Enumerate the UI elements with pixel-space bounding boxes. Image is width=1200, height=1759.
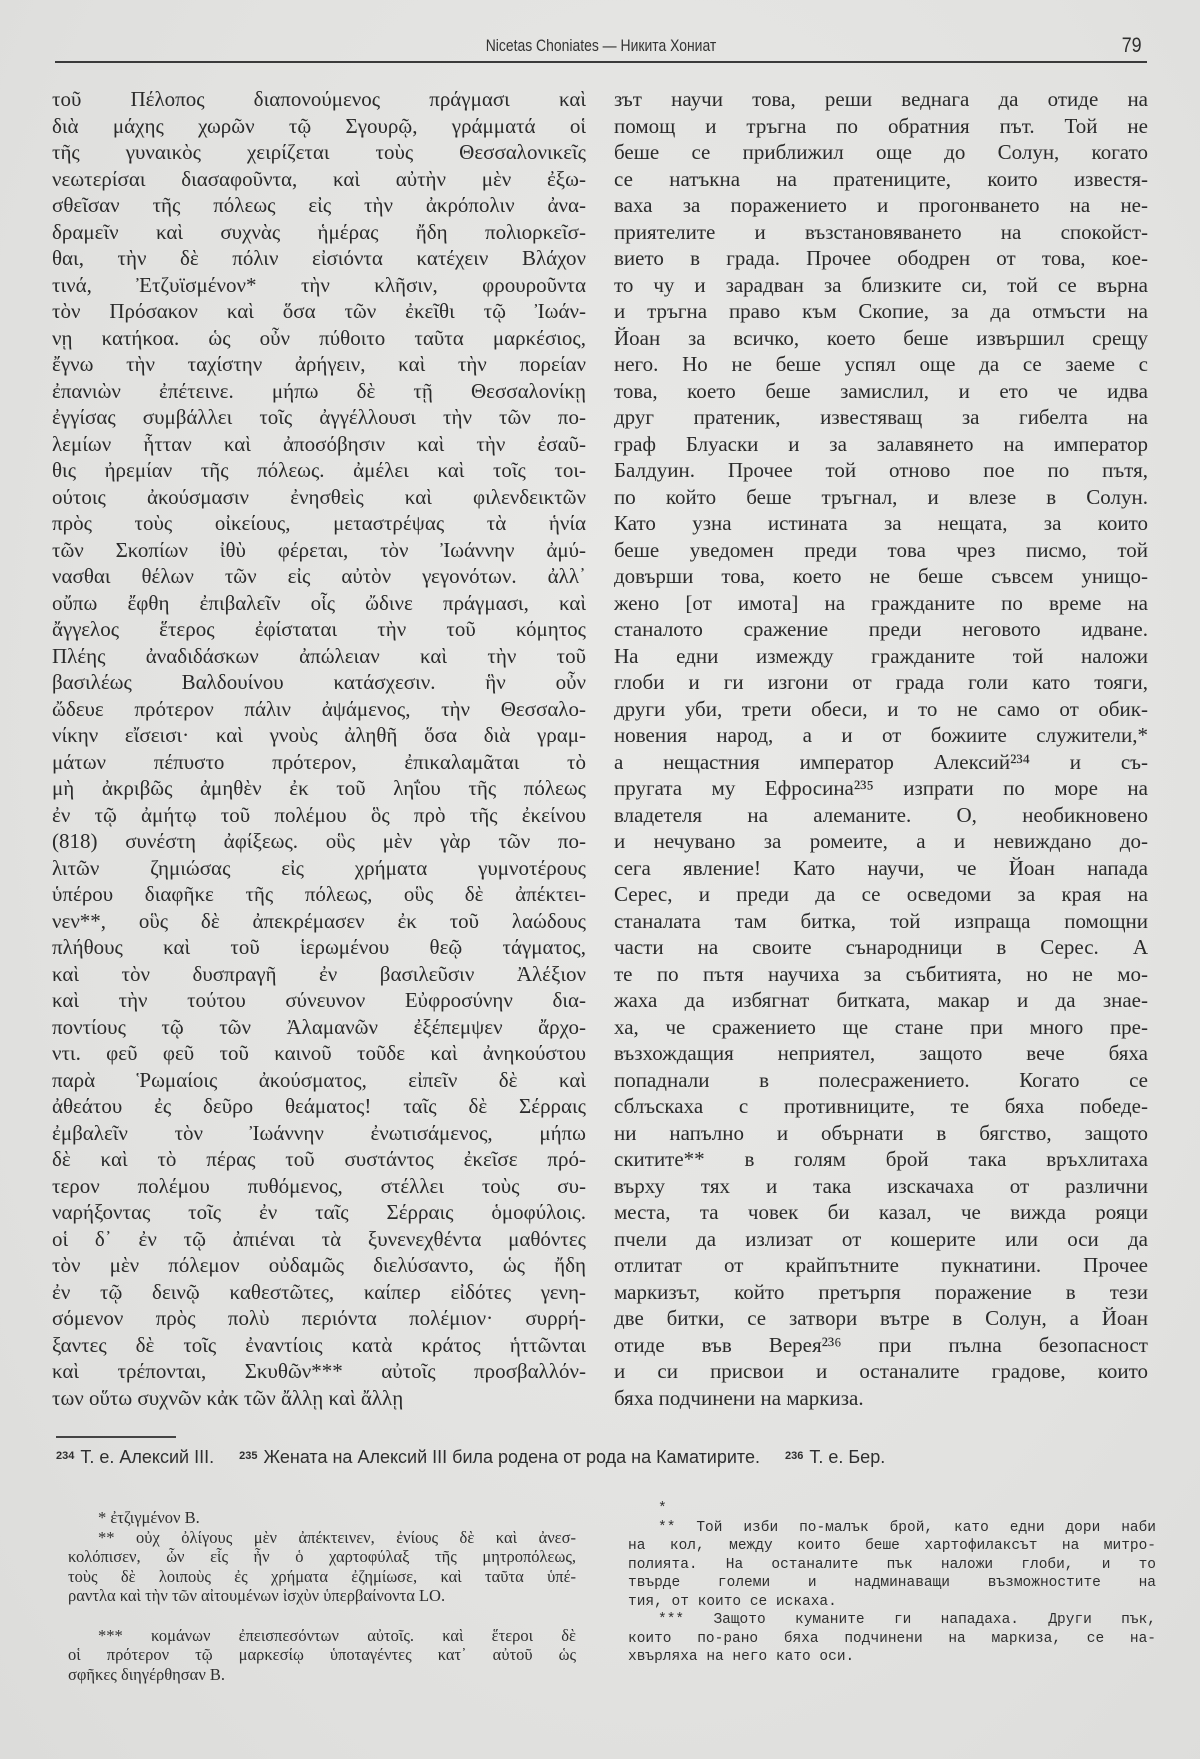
text-line: διὰ μάχης χωρῶν τῷ Σγουρῷ, γράμματά οἱ <box>52 113 586 140</box>
text-line: λεμίων ἧτταν καὶ ἀποσόβησιν καὶ τὴν ἐσαῦ… <box>52 431 586 458</box>
footnote-234: 234Т. е. Алексий III. <box>56 1447 214 1467</box>
footnote-rule <box>56 1436 176 1438</box>
header-rule <box>55 61 1147 63</box>
text-line: скитите** в голям брой така връхлитаха <box>614 1146 1148 1173</box>
text-line: станалата там битка, той изпраща помощни <box>614 908 1148 935</box>
text-line: ἄγγελος ἕτερος ἐφίσταται τὴν τοῦ κόμητος <box>52 616 586 643</box>
text-line: помощ и тръгна по обратния път. Той не <box>614 113 1148 140</box>
text-line: се натъкна на пратениците, които известя… <box>614 166 1148 193</box>
footnote-235: 235Жената на Алексий III била родена от … <box>239 1447 760 1467</box>
text-line: ούτοις ἀκούσμασιν ἐνησθεὶς καὶ φιλενδεικ… <box>52 484 586 511</box>
text-line: τὸν Πρόσακον καὶ ὅσα τῶν ἐκεῖθι τῷ Ἰωάν- <box>52 298 586 325</box>
text-line: σόμενον πρὸς πολὺ περιόντα πολέμιον· συρ… <box>52 1305 586 1332</box>
text-line: νεωτερίσαι διασαφοῦντα, καὶ αὐτὴν μὲν ἐξ… <box>52 166 586 193</box>
text-line: върху тях и така изскачаха от различни <box>614 1173 1148 1200</box>
text-line: ** Той изби по-малък брой, като едни дор… <box>628 1519 1156 1538</box>
text-line: λιτῶν ζημιώσας εἰς χρήματα γυμνοτέρους <box>52 855 586 882</box>
text-line: него. Но не беше успял още да се заеме с <box>614 351 1148 378</box>
text-line: по който беше тръгнал, и влезе в Солун. <box>614 484 1148 511</box>
text-line: възхождащия неприятел, защото вече бяха <box>614 1040 1148 1067</box>
text-line: глоби и ги изгони от града голи като тоя… <box>614 669 1148 696</box>
text-line: Πλέης ἀναδιδάσκων ἀπώλειαν καὶ τὴν τοῦ <box>52 643 586 670</box>
text-line: Серес, и преди да се осведоми за края на <box>614 881 1148 908</box>
text-line: части на своите сънародници в Серес. А <box>614 934 1148 961</box>
text-line: οὔπω ἔφθη ἐπιβαλεῖν οἷς ὤδινε πράγμασι, … <box>52 590 586 617</box>
text-line: τοῦ Πέλοπος διαπονούμενος πράγμασι καὶ <box>52 86 586 113</box>
text-line: сблъскаха с противниците, те бяха победе… <box>614 1093 1148 1120</box>
text-line: τοὺς δὲ λοιποὺς ἐς χρήματα ἐζημίωσε, καὶ… <box>68 1567 576 1587</box>
text-line: ** οὐχ ὀλίγους μὲν ἀπέκτεινεν, ἐνίους δὲ… <box>68 1528 576 1548</box>
text-line: ὤδευε πρότερον πάλιν ἀψάμενος, τὴν Θεσσα… <box>52 696 586 723</box>
text-line: хвърляха на него като оси. <box>628 1648 1156 1667</box>
text-line: попаднали в полесражението. Когато се <box>614 1067 1148 1094</box>
text-line: други уби, трети обеси, и то не само от … <box>614 696 1148 723</box>
text-line: καὶ τρέπονται, Σκυθῶν*** αὐτοῖς προσβαλλ… <box>52 1358 586 1385</box>
text-line: пругата му Ефросина²³⁵ изпрати по море н… <box>614 775 1148 802</box>
text-line: δὲ καὶ τὸ πέρας τοῦ συστάντος ἐκεῖσε πρό… <box>52 1146 586 1173</box>
text-line: и нечувано за ромеите, а и невиждано до- <box>614 828 1148 855</box>
text-line: бяха подчинени на маркиза. <box>614 1385 1148 1412</box>
text-line: δραμεῖν καὶ συχνὰς ἡμέρας ἤδη πολιορκεῖσ… <box>52 219 586 246</box>
text-line: βασιλέως Βαλδουίνου κατάσχεσιν. ἣν οὖν <box>52 669 586 696</box>
text-line: тия, от които се искаха. <box>628 1593 1156 1612</box>
text-line: τινά, Ἐτζυϊσμένον* τὴν κλῆσιν, φρουροῦντ… <box>52 272 586 299</box>
text-line: и си присвои и останалите градове, които <box>614 1358 1148 1385</box>
bulgarian-footnote-3: *** Защото куманите ги нападаха. Други п… <box>628 1611 1156 1667</box>
text-line: беше се приближил още до Солун, когато <box>614 139 1148 166</box>
text-line: πλήθους καὶ τοῦ ἱερωμένου θεῷ τάγματος, <box>52 934 586 961</box>
text-line: те по пътя научиха за събитията, но не м… <box>614 961 1148 988</box>
text-line: станалото сражение преди неговото идване… <box>614 616 1148 643</box>
text-line: θις ἠρεμίαν τῆς πόλεως. ἀμέλει καὶ τοῖς … <box>52 457 586 484</box>
text-line: οἱ δ᾽ ἐν τῷ ἀπιέναι τὰ ξυνενεχθέντα μαθό… <box>52 1226 586 1253</box>
text-line: οἱ πρότερον τῷ μαρκεσίῳ ὑποταγέντες κατ᾽… <box>68 1645 576 1665</box>
text-line: *** κομάνων ἐπεισπεσόντων αὐτοῖς. καὶ ἕτ… <box>68 1626 576 1646</box>
text-line: τερον πολέμου πυθόμενος, στέλλει τοὺς συ… <box>52 1173 586 1200</box>
text-line: ἀθεάτου ἐς δεῦρο θεάματος! ταῖς δὲ Σέρρα… <box>52 1093 586 1120</box>
text-line: то чу и зарадван за близките си, той се … <box>614 272 1148 299</box>
text-line: καὶ τὸν δυσπραγῆ ἐν βασιλεῦσιν Ἀλέξιον <box>52 961 586 988</box>
footnote-236: 236Т. е. Бер. <box>785 1447 885 1467</box>
text-line: Като узна истината за нещата, за които <box>614 510 1148 537</box>
text-line: новения народ, а и от божиите служители,… <box>614 722 1148 749</box>
text-line: маркизът, който претърпя поражение в тез… <box>614 1279 1148 1306</box>
text-line: владетеля на алеманите. О, необикновено <box>614 802 1148 829</box>
running-title: Nicetas Choniates — Никита Хониат <box>153 36 1048 56</box>
text-line: ντι. φεῦ φεῦ τοῦ καινοῦ τοῦδε καὶ ἀνηκού… <box>52 1040 586 1067</box>
text-line: νεν**, οὓς δὲ ἀπεκρέμασεν ἐκ τοῦ λαώδους <box>52 908 586 935</box>
text-line: полията. На останалите пък наложи глоби,… <box>628 1556 1156 1575</box>
greek-apparatus-footnotes: * ἐτζιγμένον B. ** οὐχ ὀλίγους μὲν ἀπέκτ… <box>68 1508 576 1684</box>
text-line: отлитат от крайпътните пукнатини. Прочее <box>614 1252 1148 1279</box>
text-line: друг пратеник, известяващ за гибелта на <box>614 404 1148 431</box>
text-line: ваха за поражението и прогонването на не… <box>614 192 1148 219</box>
text-line: (818) συνέστη ἀφίξεως. οὓς μὲν γὰρ τῶν π… <box>52 828 586 855</box>
text-line: отиде във Верея²³⁶ при пълна безопасност <box>614 1332 1148 1359</box>
text-line: σθεῖσαν τῆς πόλεως εἰς τὴν ἀκρόπολιν ἀνα… <box>52 192 586 219</box>
text-line: καὶ τὴν τούτου σύνευνον Εὐφροσύνην δια- <box>52 987 586 1014</box>
text-line: ἐγγίσας συμβάλλει τοῖς ἀγγέλλουσι τὴν τῶ… <box>52 404 586 431</box>
text-line: твърде големи и надминаващи възможностит… <box>628 1574 1156 1593</box>
text-line: μάτων πέπυστο πρότερον, ἐπικαλαμᾶται τὸ <box>52 749 586 776</box>
text-line: това, което беше замислил, и ето че идва <box>614 378 1148 405</box>
text-line: θαι, τὴν δὲ πόλιν εἰσιόντα κατέχειν Βλάχ… <box>52 245 586 272</box>
text-line: ха, че сражението ще стане при много пре… <box>614 1014 1148 1041</box>
greek-footnote-3: *** κομάνων ἐπεισπεσόντων αὐτοῖς. καὶ ἕτ… <box>68 1626 576 1685</box>
text-line: ξαντες δὲ τοῖς ἐναντίοις κατὰ κράτος ἡττ… <box>52 1332 586 1359</box>
text-line: места, та човек би казал, че вижда рояци <box>614 1199 1148 1226</box>
bulgarian-footnote-1: * <box>628 1500 1156 1519</box>
text-line: τῶν Σκοπίων ἰθὺ φέρεται, τὸν Ἰωάννην ἀμύ… <box>52 537 586 564</box>
bulgarian-footnote-2: ** Той изби по-малък брой, като едни дор… <box>628 1519 1156 1612</box>
text-line: πρὸς τοὺς οἰκείους, μεταστρέψας τὰ ἡνία <box>52 510 586 537</box>
numbered-footnotes: 234Т. е. Алексий III. 235Жената на Алекс… <box>56 1447 1156 1468</box>
greek-footnote-1: * ἐτζιγμένον B. <box>68 1508 576 1528</box>
text-line: а нещастния император Алексий²³⁴ и съ- <box>614 749 1148 776</box>
text-line: ἔγνω τὴν ταχίστην ἀρήγειν, καὶ τὴν πορεί… <box>52 351 586 378</box>
text-line: ποντίους τῷ τῶν Ἀλαμανῶν ἐξέπεμψεν ἄρχο- <box>52 1014 586 1041</box>
text-line: *** Защото куманите ги нападаха. Други п… <box>628 1611 1156 1630</box>
bulgarian-apparatus-footnotes: * ** Той изби по-малък брой, като едни д… <box>628 1500 1156 1667</box>
greek-text-column: τοῦ Πέλοπος διαπονούμενος πράγμασι καὶδι… <box>52 86 586 1411</box>
greek-footnote-2: ** οὐχ ὀλίγους μὲν ἀπέκτεινεν, ἐνίους δὲ… <box>68 1528 576 1606</box>
text-line: вието в града. Прочее ободрен от това, к… <box>614 245 1148 272</box>
text-line: μὴ ἀκριβῶς ἀμηθὲν ἐκ τοῦ ληΐου τῆς πόλεω… <box>52 775 586 802</box>
text-line: пчели да излизат от кошерите или оси да <box>614 1226 1148 1253</box>
text-line: παρὰ Ῥωμαίοις ἀκούσματος, εἰπεῖν δὲ καὶ <box>52 1067 586 1094</box>
book-page: Nicetas Choniates — Никита Хониат 79 τοῦ… <box>0 0 1200 1759</box>
text-line: жено [от имота] на гражданите по време н… <box>614 590 1148 617</box>
text-line: беше уведомен преди това чрез писмо, той <box>614 537 1148 564</box>
text-line: νασθαι θέλων τῶν εἰς αὐτὸν γεγονότων. ἀλ… <box>52 563 586 590</box>
text-line: κολόπισεν, ὧν εἷς ἦν ὁ χαρτοφύλαξ τῆς μη… <box>68 1547 576 1567</box>
text-line: σφῆκες διηγέρθησαν B. <box>68 1665 576 1685</box>
text-line: които по-рано бяха подчинени на маркиза,… <box>628 1630 1156 1649</box>
text-line: две битки, се затвори вътре в Солун, а Й… <box>614 1305 1148 1332</box>
text-line: ραντλα καὶ τὴν τῶν αἰτουμένων ἰσχὺν ὑπερ… <box>68 1586 576 1606</box>
page-number: 79 <box>1121 34 1141 58</box>
text-line: ἐν τῷ ἀμήτῳ τοῦ πολέμου ὃς πρὸ τῆς ἐκείν… <box>52 802 586 829</box>
text-line: ни напълно и обърнати в бягство, защото <box>614 1120 1148 1147</box>
text-line: ἐπανιὼν ἐπέτεινε. μήπω δὲ τῇ Θεσσαλονίκῃ <box>52 378 586 405</box>
text-line: νίκην εἴσεισι· καὶ γνοὺς ἀληθῆ ὅσα διὰ γ… <box>52 722 586 749</box>
text-line: жаха да избягнат битката, макар и да зна… <box>614 987 1148 1014</box>
text-line: сега явление! Като научи, че Йоан напада <box>614 855 1148 882</box>
text-line: Балдуин. Прочее той отново пое по пътя, <box>614 457 1148 484</box>
text-line: τῆς γυναικὸς χειρίζεται τοὺς Θεσσαλονικε… <box>52 139 586 166</box>
text-line: на кол, между които беше хартофилаксът н… <box>628 1537 1156 1556</box>
text-line: довърши това, което не беше съвсем унищо… <box>614 563 1148 590</box>
text-line: приятелите и възстановяването на спокойс… <box>614 219 1148 246</box>
text-line: ἐμβαλεῖν τὸν Ἰωάννην ἐνωτισάμενος, μήπω <box>52 1120 586 1147</box>
text-line: των οὕτω συχνῶν κἀκ τῶν ἄλλῃ καὶ ἄλλῃ <box>52 1385 586 1412</box>
text-line: граф Блуаски и за залавянето на императо… <box>614 431 1148 458</box>
text-line: ὑπέρου διαφῆκε τῆς πόλεως, οὓς δὲ ἀπέκτε… <box>52 881 586 908</box>
text-line: τὸν μὲν πόλεμον οὐδαμῶς διελύσαντο, ὡς ἤ… <box>52 1252 586 1279</box>
text-line: и тръгна право към Скопие, за да отмъсти… <box>614 298 1148 325</box>
text-line: ναρήξοντας τοῖς ἐν ταῖς Σέρραις ὁμοφύλοι… <box>52 1199 586 1226</box>
text-line: ἐν τῷ δεινῷ καθεστῶτες, καίπερ εἰδότες γ… <box>52 1279 586 1306</box>
text-line: νῃ κατήκοα. ὡς οὖν πύθοιτο ταῦτα μαρκέσι… <box>52 325 586 352</box>
text-line: На едни измежду гражданите той наложи <box>614 643 1148 670</box>
bulgarian-text-column: зът научи това, реши веднага да отиде на… <box>614 86 1148 1411</box>
text-line: зът научи това, реши веднага да отиде на <box>614 86 1148 113</box>
text-line: Йоан за всичко, което беше извършил срещ… <box>614 325 1148 352</box>
